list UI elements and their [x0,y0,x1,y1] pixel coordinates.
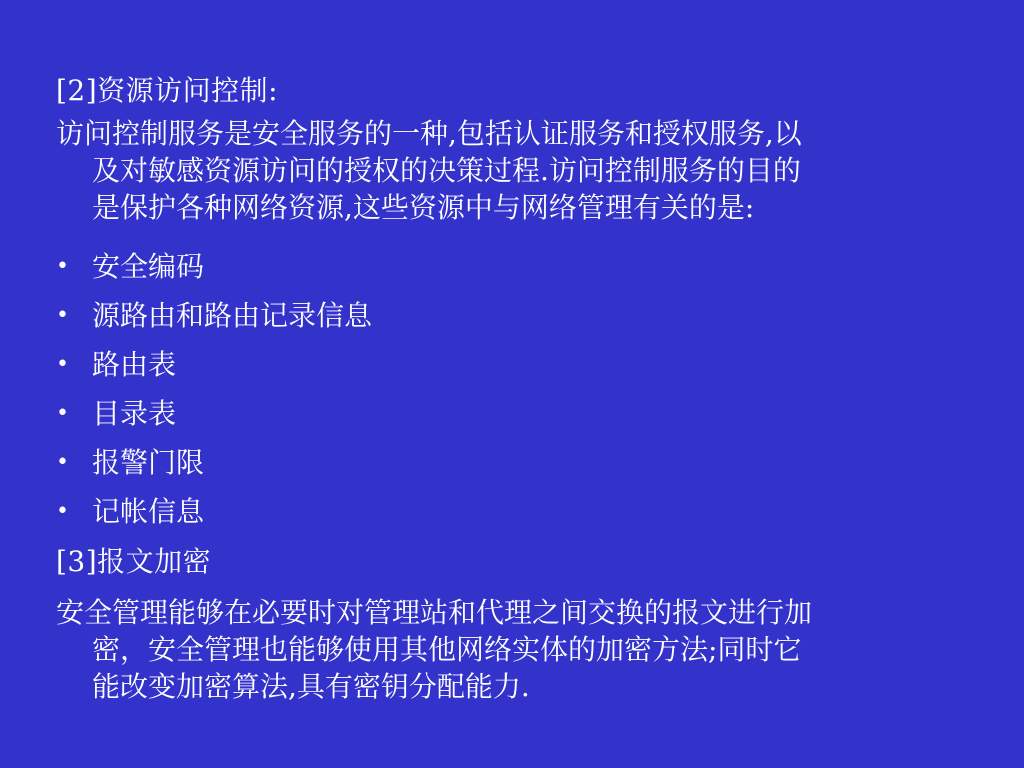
bullet-item: •安全编码 [56,250,204,284]
bullet-text: 记帐信息 [92,495,204,529]
slide: [2]资源访问控制: 访问控制服务是安全服务的一种,包括认证服务和授权服务,以 … [0,0,1024,768]
section-2-paragraph: 访问控制服务是安全服务的一种,包括认证服务和授权服务,以 及对敏感资源访问的授权… [56,115,986,226]
paragraph-line: 能改变加密算法,具有密钥分配能力. [56,668,986,705]
section-2-heading: [2]资源访问控制: [56,74,278,108]
section-3-heading: [3]报文加密 [56,545,211,579]
paragraph-line: 是保护各种网络资源,这些资源中与网络管理有关的是: [56,189,986,226]
bullet-text: 源路由和路由记录信息 [92,299,372,333]
bullet-item: •记帐信息 [56,495,204,529]
bullet-icon: • [56,348,92,382]
paragraph-line: 密，安全管理也能够使用其他网络实体的加密方法;同时它 [56,631,986,668]
bullet-item: •源路由和路由记录信息 [56,299,372,333]
bullet-item: •报警门限 [56,446,204,480]
bullet-text: 报警门限 [92,446,204,480]
bullet-icon: • [56,250,92,284]
bullet-icon: • [56,495,92,529]
paragraph-line: 安全管理能够在必要时对管理站和代理之间交换的报文进行加 [56,594,986,631]
bullet-text: 目录表 [92,397,176,431]
paragraph-line: 及对敏感资源访问的授权的决策过程.访问控制服务的目的 [56,152,986,189]
bullet-icon: • [56,446,92,480]
bullet-text: 路由表 [92,348,176,382]
section-3-paragraph: 安全管理能够在必要时对管理站和代理之间交换的报文进行加 密，安全管理也能够使用其… [56,594,986,705]
bullet-text: 安全编码 [92,250,204,284]
paragraph-line: 访问控制服务是安全服务的一种,包括认证服务和授权服务,以 [56,115,986,152]
bullet-icon: • [56,397,92,431]
bullet-item: •目录表 [56,397,176,431]
bullet-icon: • [56,299,92,333]
bullet-item: •路由表 [56,348,176,382]
